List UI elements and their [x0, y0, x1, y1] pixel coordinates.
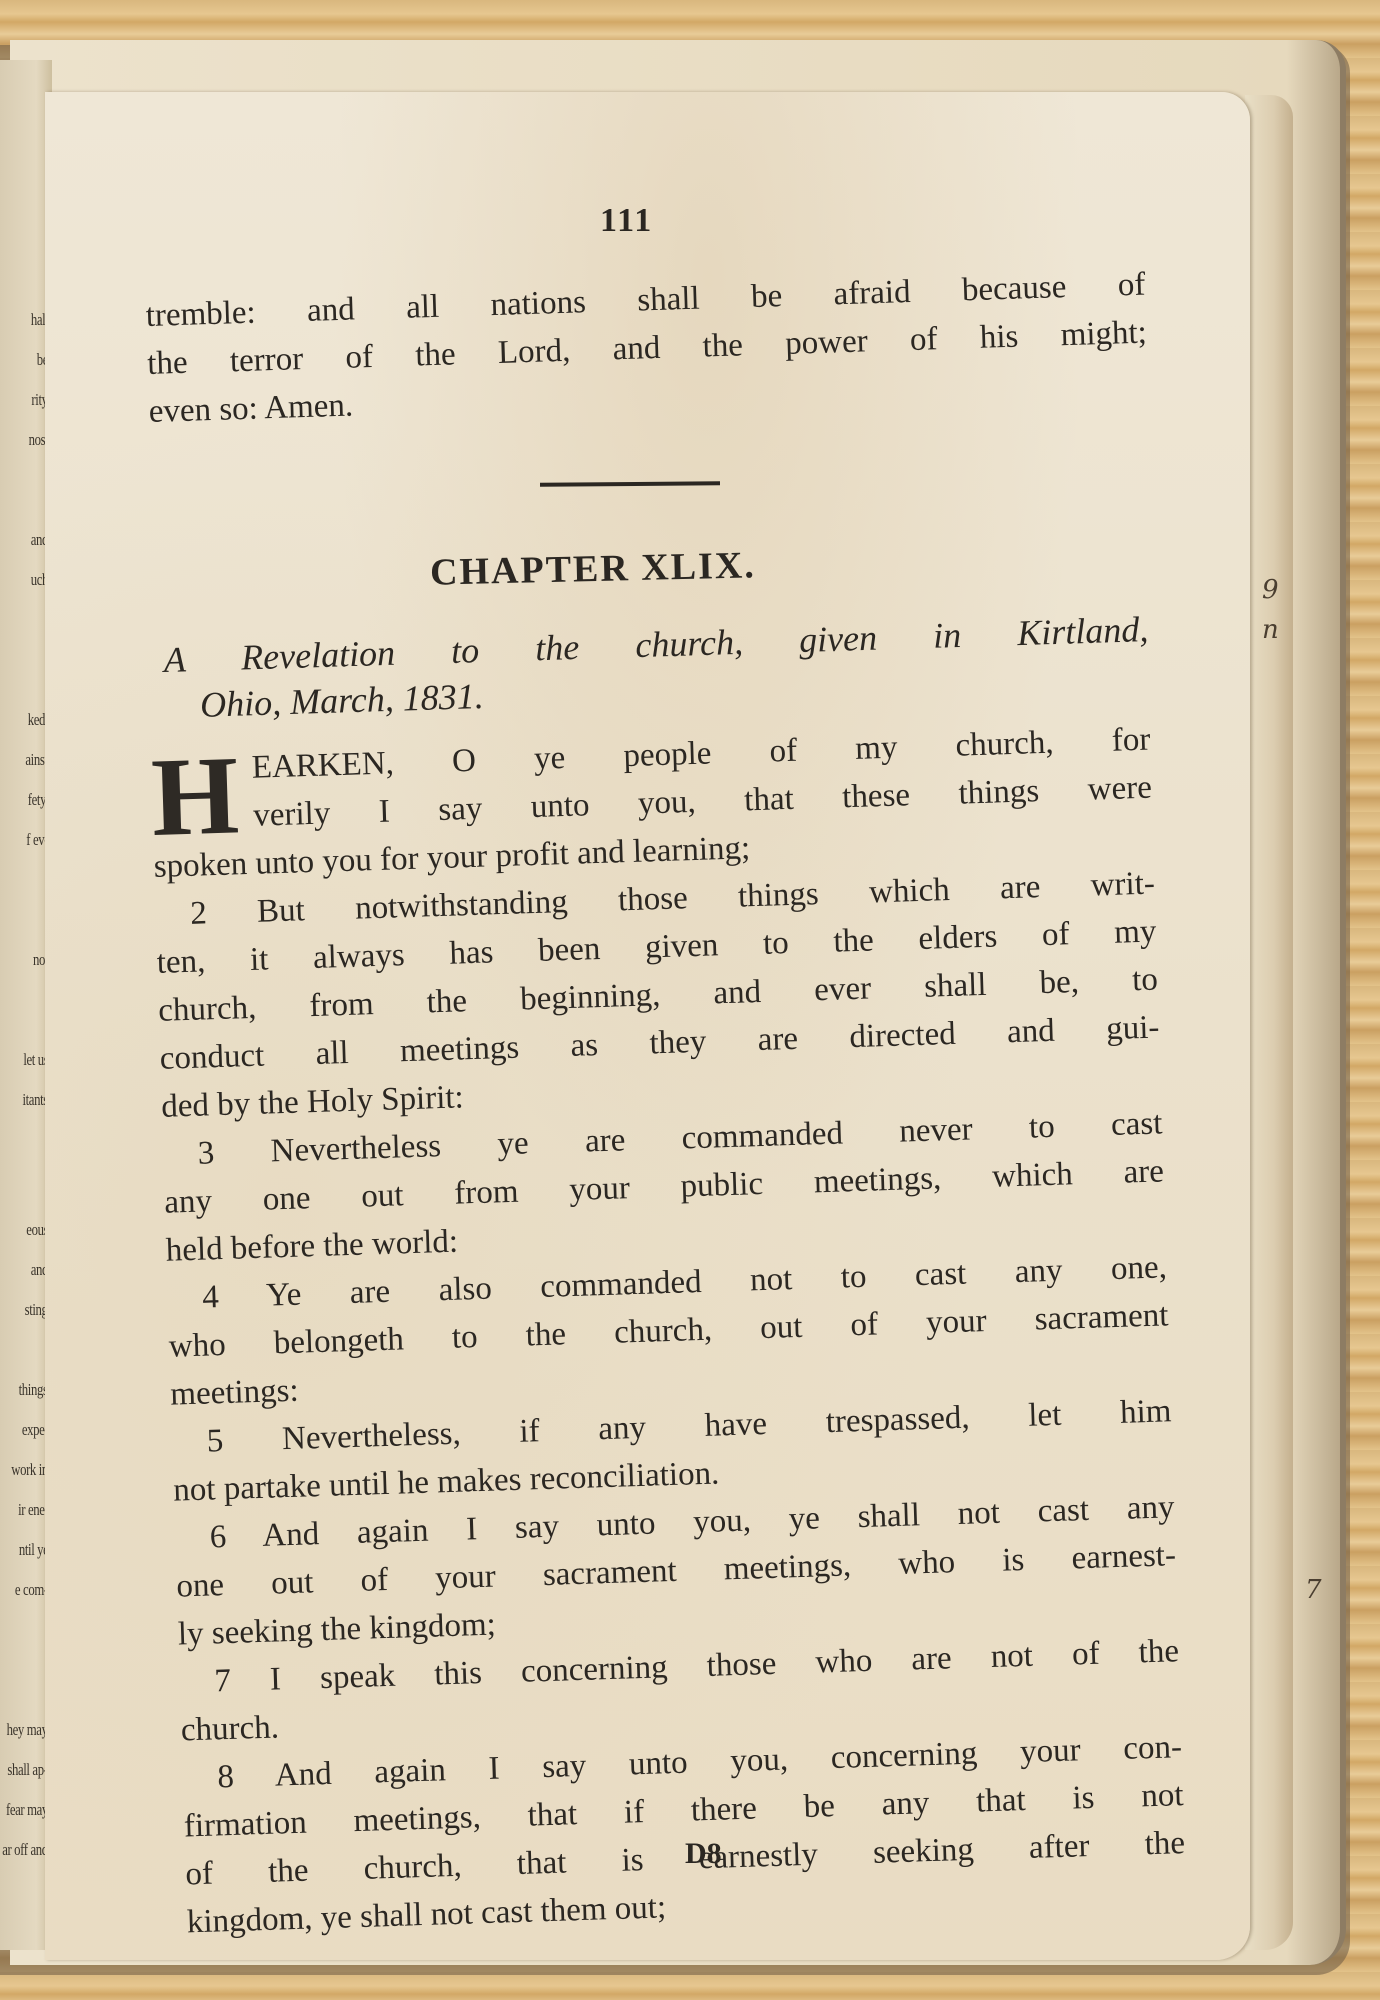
- continuation-text: tremble: and all nations shall be afraid…: [145, 261, 1149, 436]
- chapter-heading: A Revelation to the church, given in Kir…: [163, 606, 1150, 729]
- prev-page-fragment: work in: [11, 1460, 48, 1480]
- prev-page-fragment: ntil ye: [18, 1540, 48, 1560]
- chapter-title: CHAPTER XLIX.: [430, 543, 757, 594]
- drop-cap: H: [150, 750, 240, 843]
- margin-handwriting: 9: [1262, 575, 1279, 605]
- verse-8: 8 And again I say unto you, concerning y…: [182, 1723, 1188, 1946]
- margin-handwriting: 7: [1305, 1575, 1322, 1605]
- verse-2: 2 But notwithstanding those things which…: [155, 860, 1162, 1131]
- page-stack-edge: [1245, 95, 1293, 1950]
- section-divider: [540, 481, 720, 487]
- prev-page-fragment: ar off and: [2, 1840, 48, 1860]
- book-page: 111 tremble: and all nations shall be af…: [45, 92, 1250, 1960]
- prev-page-fragment: ir ene-: [18, 1500, 48, 1520]
- prev-page-fragment: e com-: [15, 1580, 48, 1600]
- prev-page-fragment: shall ap-: [8, 1760, 48, 1780]
- verse-body: H EARKEN, O ye people of my church, for …: [150, 716, 1187, 1947]
- prev-page-fragment: fear may: [6, 1800, 48, 1820]
- page-number: 111: [600, 202, 653, 240]
- prev-page-fragment: hey may: [7, 1720, 48, 1740]
- printer-signature-mark: D8: [685, 1837, 722, 1871]
- prev-page-fragment: things: [19, 1380, 48, 1400]
- margin-handwriting: n: [1262, 615, 1279, 645]
